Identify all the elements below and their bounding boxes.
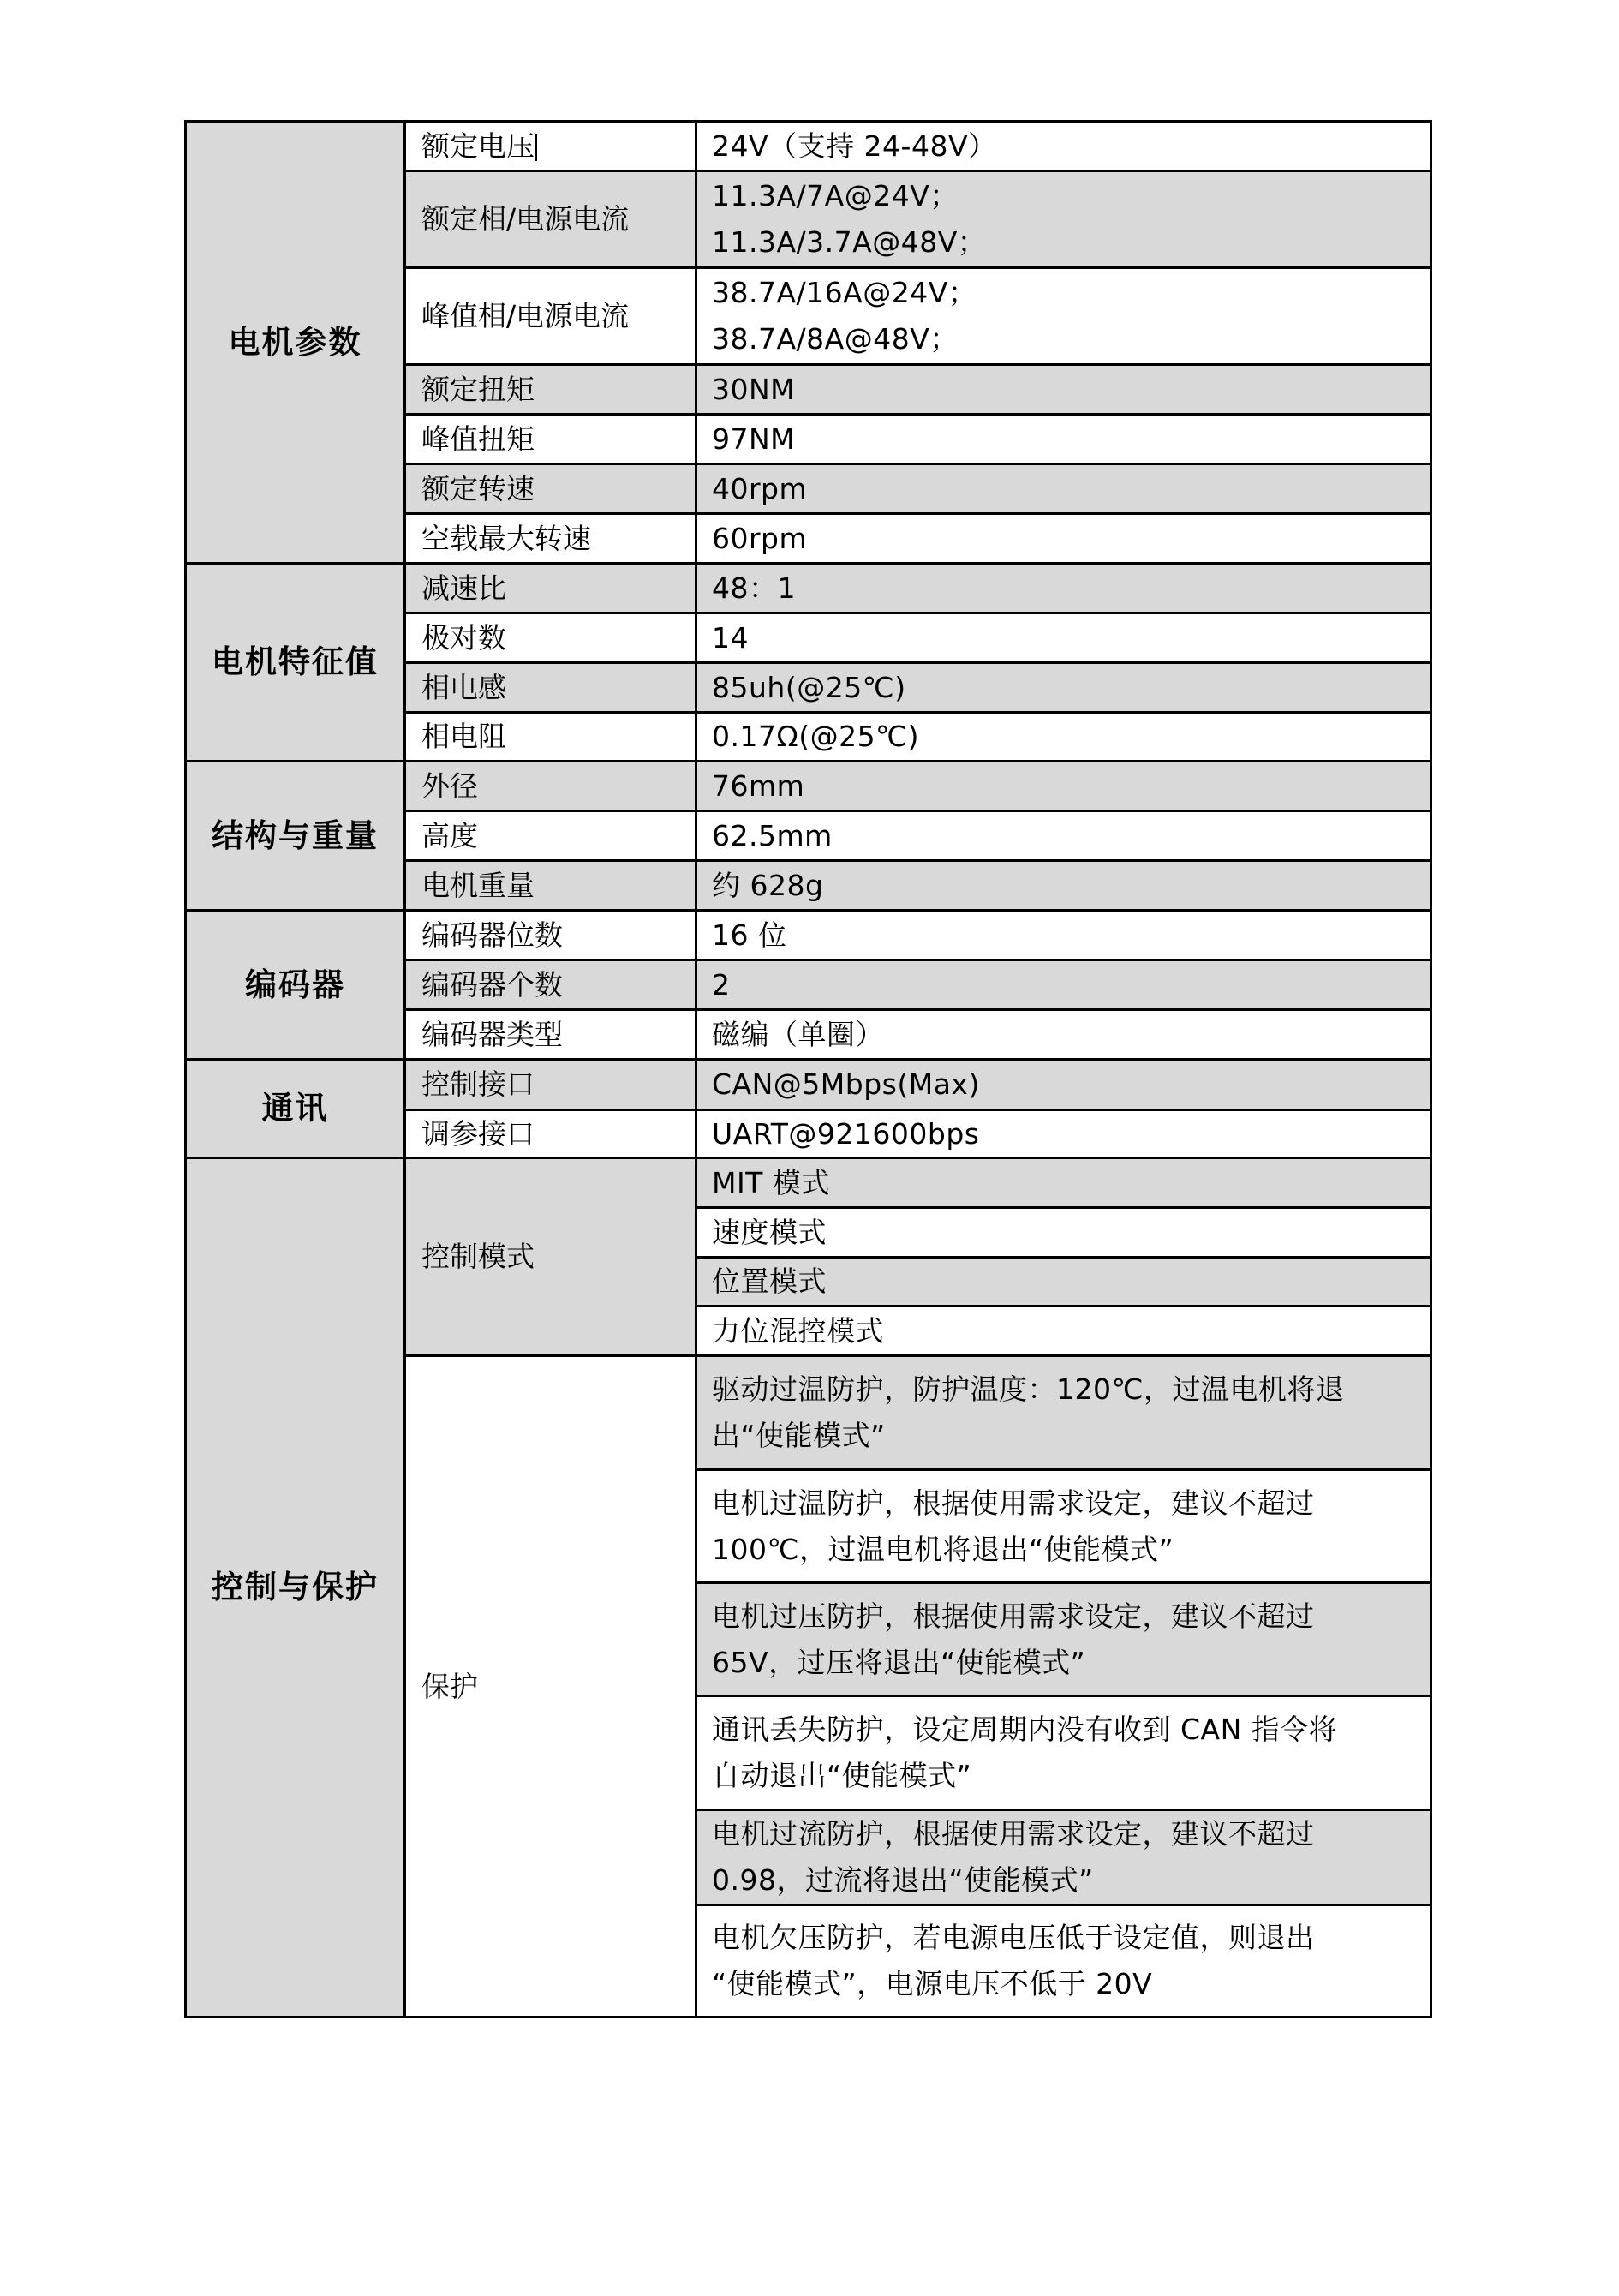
row-value: 40rpm (712, 466, 1430, 512)
row-value: 60rpm (712, 516, 1430, 562)
row-value-reduction-ratio: 48：1 (695, 562, 1432, 614)
row-label: 编码器位数 (421, 912, 695, 959)
row-value: 24V（支持 24-48V） (712, 123, 1430, 170)
row-value-line: 电机欠压防护，若电源电压低于设定值，则退出 (712, 1915, 1430, 1961)
row-label-peak-torque: 峰值扭矩 (403, 413, 697, 465)
protection-undervoltage: 电机欠压防护，若电源电压低于设定值，则退出 “使能模式”，电源电压不低于 20V (695, 1904, 1432, 2018)
row-value-motor-weight: 约 628g (695, 859, 1432, 912)
row-label: 峰值扭矩 (421, 416, 695, 463)
row-value-peak-torque: 97NM (695, 413, 1432, 465)
text-cursor (535, 134, 537, 161)
row-label: 编码器类型 (421, 1012, 695, 1058)
row-label-encoder-bits: 编码器位数 (403, 909, 697, 961)
row-label: 相电感 (421, 665, 695, 711)
row-value-line: 11.3A/3.7A@48V； (712, 219, 1430, 266)
row-label-rated-current: 额定相/电源电流 (403, 170, 697, 269)
row-value: 76mm (712, 763, 1430, 810)
row-value-phase-resistance: 0.17Ω(@25℃) (695, 711, 1432, 762)
row-label-control-interface: 控制接口 (403, 1058, 697, 1111)
row-label: 外径 (421, 763, 695, 810)
row-value-line: 电机过流防护，根据使用需求设定，建议不超过 (712, 1811, 1430, 1857)
row-value-line: 自动退出“使能模式” (712, 1753, 1430, 1799)
row-value-rated-speed: 40rpm (695, 463, 1432, 515)
row-value-rated-torque: 30NM (695, 363, 1432, 416)
group-motor-characteristics: 电机特征值 (184, 562, 406, 762)
row-value: 62.5mm (712, 813, 1430, 859)
group-title: 结构与重量 (212, 813, 379, 859)
control-mode-hybrid: 力位混控模式 (695, 1305, 1432, 1357)
row-label-rated-speed: 额定转速 (403, 463, 697, 515)
row-value: CAN@5Mbps(Max) (712, 1061, 1430, 1108)
row-label: 减速比 (421, 565, 695, 612)
row-value: 位置模式 (712, 1259, 1430, 1305)
group-title: 电机参数 (229, 320, 362, 366)
row-value: UART@921600bps (712, 1111, 1430, 1157)
row-label-phase-resistance: 相电阻 (403, 711, 697, 762)
row-value-rated-voltage: 24V（支持 24-48V） (695, 120, 1432, 172)
row-value-phase-inductance: 85uh(@25℃) (695, 661, 1432, 714)
protection-overvoltage: 电机过压防护，根据使用需求设定，建议不超过 65V，过压将退出“使能模式” (695, 1581, 1432, 1697)
row-value-line: 38.7A/8A@48V； (712, 316, 1430, 362)
row-value-line: 驱动过温防护，防护温度：120℃，过温电机将退 (712, 1366, 1430, 1413)
row-value-line: 通讯丢失防护，设定周期内没有收到 CAN 指令将 (712, 1707, 1430, 1753)
row-label: 峰值相/电源电流 (421, 293, 695, 339)
row-value-no-load-speed: 60rpm (695, 512, 1432, 565)
protection-motor-overtemp: 电机过温防护，根据使用需求设定，建议不超过 100℃，过温电机将退出“使能模式” (695, 1468, 1432, 1584)
row-label-rated-voltage: 额定电压 (403, 120, 697, 172)
group-title: 控制与保护 (212, 1564, 379, 1611)
group-structure-weight: 结构与重量 (184, 760, 406, 912)
row-label: 高度 (421, 813, 695, 859)
row-value: 速度模式 (712, 1210, 1430, 1256)
row-label: 编码器个数 (421, 962, 695, 1008)
group-title: 电机特征值 (212, 639, 379, 685)
row-label: 调参接口 (421, 1111, 695, 1157)
row-value-control-interface: CAN@5Mbps(Max) (695, 1058, 1432, 1111)
row-value: 力位混控模式 (712, 1308, 1430, 1354)
row-value: 2 (712, 962, 1430, 1008)
row-value-line: 38.7A/16A@24V； (712, 270, 1430, 316)
row-label-reduction-ratio: 减速比 (403, 562, 697, 614)
row-value: 85uh(@25℃) (712, 665, 1430, 711)
row-label: 空载最大转速 (421, 516, 695, 562)
protection-driver-overtemp: 驱动过温防护，防护温度：120℃，过温电机将退 出“使能模式” (695, 1354, 1432, 1471)
subgroup-label: 控制模式 (421, 1234, 695, 1280)
row-label-phase-inductance: 相电感 (403, 661, 697, 714)
row-label: 相电阻 (421, 714, 695, 760)
group-encoder: 编码器 (184, 909, 406, 1061)
row-label-no-load-speed: 空载最大转速 (403, 512, 697, 565)
row-label: 额定扭矩 (421, 367, 695, 413)
protection-overcurrent: 电机过流防护，根据使用需求设定，建议不超过 0.98，过流将退出“使能模式” (695, 1809, 1432, 1906)
row-value-encoder-type: 磁编（单圈） (695, 1008, 1432, 1061)
row-value: 14 (712, 615, 1430, 661)
row-value: 16 位 (712, 912, 1430, 959)
motor-spec-table: 电机参数 额定电压 24V（支持 24-48V） 额定相/电源电流 11.3A/… (0, 0, 1619, 2296)
group-control-protection: 控制与保护 (184, 1157, 406, 2018)
row-value-pole-pairs: 14 (695, 612, 1432, 664)
control-mode-speed: 速度模式 (695, 1206, 1432, 1259)
control-mode-position: 位置模式 (695, 1256, 1432, 1307)
row-value: 0.17Ω(@25℃) (712, 714, 1430, 760)
row-value-rated-current: 11.3A/7A@24V； 11.3A/3.7A@48V； (695, 170, 1432, 269)
row-value-encoder-bits: 16 位 (695, 909, 1432, 961)
subgroup-label: 保护 (421, 1664, 695, 1710)
row-label-motor-weight: 电机重量 (403, 859, 697, 912)
row-label: 额定相/电源电流 (421, 196, 695, 242)
row-value-line: 0.98，过流将退出“使能模式” (712, 1857, 1430, 1904)
row-value-line: 65V，过压将退出“使能模式” (712, 1640, 1430, 1686)
row-value-line: 电机过温防护，根据使用需求设定，建议不超过 (712, 1480, 1430, 1527)
subgroup-label-protection: 保护 (403, 1354, 697, 2018)
row-label-tuning-interface: 调参接口 (403, 1109, 697, 1159)
row-value: 97NM (712, 416, 1430, 463)
row-value: MIT 模式 (712, 1160, 1430, 1206)
row-value-peak-current: 38.7A/16A@24V； 38.7A/8A@48V； (695, 266, 1432, 366)
row-label-peak-current: 峰值相/电源电流 (403, 266, 697, 366)
row-label-height: 高度 (403, 810, 697, 862)
row-value: 约 628g (712, 863, 1430, 909)
row-value-line: “使能模式”，电源电压不低于 20V (712, 1961, 1430, 2007)
row-label: 控制接口 (421, 1061, 695, 1108)
row-value-encoder-count: 2 (695, 959, 1432, 1011)
row-value-height: 62.5mm (695, 810, 1432, 862)
row-value: 48：1 (712, 565, 1430, 612)
protection-comm-loss: 通讯丢失防护，设定周期内没有收到 CAN 指令将 自动退出“使能模式” (695, 1695, 1432, 1811)
row-label-rated-torque: 额定扭矩 (403, 363, 697, 416)
control-mode-mit: MIT 模式 (695, 1157, 1432, 1209)
row-value-outer-diameter: 76mm (695, 760, 1432, 812)
row-label-encoder-type: 编码器类型 (403, 1008, 697, 1061)
row-label: 极对数 (421, 615, 695, 661)
row-label-outer-diameter: 外径 (403, 760, 697, 812)
group-title: 编码器 (245, 962, 345, 1008)
row-label-pole-pairs: 极对数 (403, 612, 697, 664)
subgroup-label-control-mode: 控制模式 (403, 1157, 697, 1357)
row-value-line: 100℃，过温电机将退出“使能模式” (712, 1527, 1430, 1573)
row-label: 额定电压 (421, 129, 535, 163)
row-value: 磁编（单圈） (712, 1012, 1430, 1058)
row-label-encoder-count: 编码器个数 (403, 959, 697, 1011)
group-title: 通讯 (262, 1085, 329, 1132)
group-communication: 通讯 (184, 1058, 406, 1159)
row-value-line: 11.3A/7A@24V； (712, 173, 1430, 219)
row-label: 电机重量 (421, 863, 695, 909)
row-value-tuning-interface: UART@921600bps (695, 1109, 1432, 1159)
group-motor-parameters: 电机参数 (184, 120, 406, 565)
row-value-line: 出“使能模式” (712, 1413, 1430, 1459)
row-label: 额定转速 (421, 466, 695, 512)
row-value-line: 电机过压防护，根据使用需求设定，建议不超过 (712, 1593, 1430, 1640)
row-value: 30NM (712, 367, 1430, 413)
